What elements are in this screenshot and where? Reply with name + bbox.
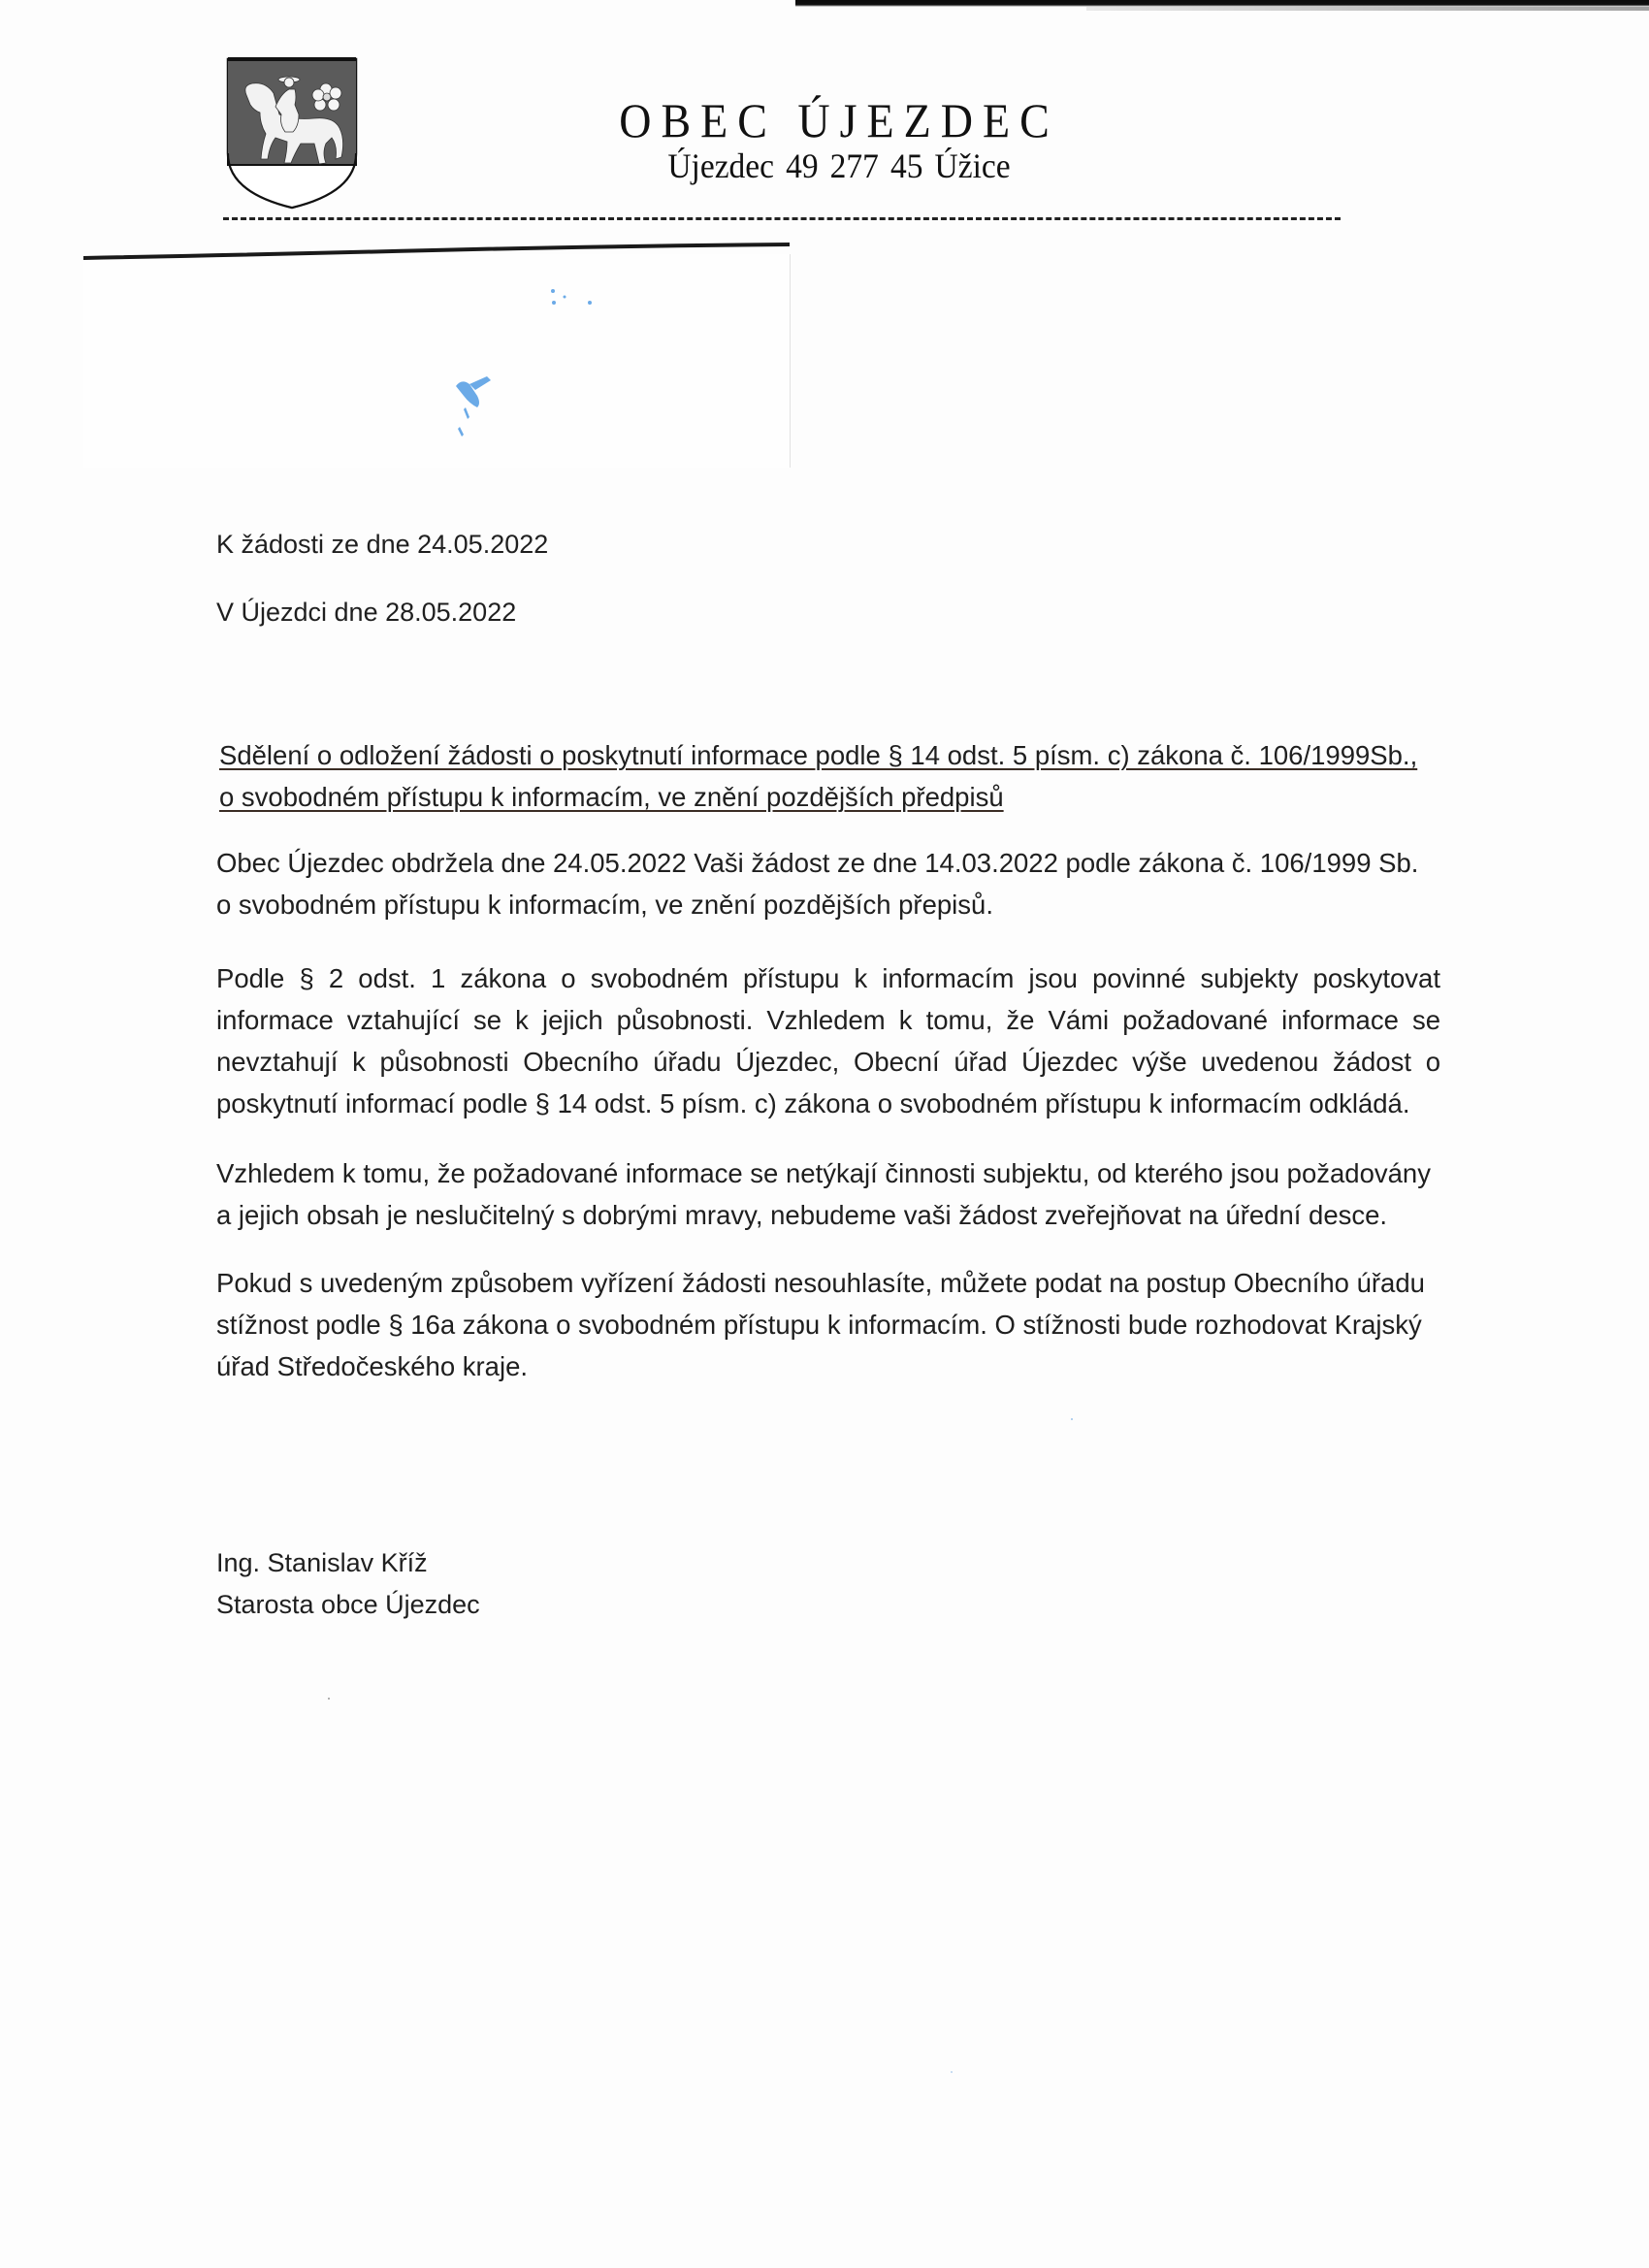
header-divider <box>223 217 1341 220</box>
body-paragraph: Pokud s uvedeným způsobem vyřízení žádos… <box>216 1262 1440 1387</box>
subject-line-2: o svobodném přístupu k informacím, ve zn… <box>219 782 1004 812</box>
organization-address: Újezdec 49 277 45 Úžice <box>600 146 1079 186</box>
body-paragraph: Podle § 2 odst. 1 zákona o svobodném pří… <box>216 957 1440 1124</box>
signatory-title: Starosta obce Újezdec <box>216 1584 480 1626</box>
organization-name: OBEC ÚJEZDEC <box>582 93 1096 148</box>
scan-edge-shadow-secondary <box>1086 7 1649 11</box>
scan-speck <box>1071 1418 1073 1420</box>
redaction-patch-edge <box>83 243 790 260</box>
scan-speck <box>951 2071 953 2073</box>
signature-block: Ing. Stanislav Kříž Starosta obce Újezde… <box>216 1542 480 1626</box>
place-and-date: V Újezdci dne 28.05.2022 <box>216 592 516 633</box>
scan-edge-shadow <box>795 0 1649 7</box>
body-paragraph: Obec Újezdec obdržela dne 24.05.2022 Vaš… <box>216 842 1440 925</box>
signatory-name: Ing. Stanislav Kříž <box>216 1542 480 1584</box>
body-paragraph: Vzhledem k tomu, že požadované informace… <box>216 1152 1440 1236</box>
coat-of-arms-icon <box>225 56 359 210</box>
blue-ink-marks <box>427 262 621 456</box>
scan-speck <box>328 1698 330 1700</box>
request-reference: K žádosti ze dne 24.05.2022 <box>216 524 548 566</box>
subject-line-1: Sdělení o odložení žádosti o poskytnutí … <box>219 740 1417 770</box>
letter-subject: Sdělení o odložení žádosti o poskytnutí … <box>219 734 1441 818</box>
